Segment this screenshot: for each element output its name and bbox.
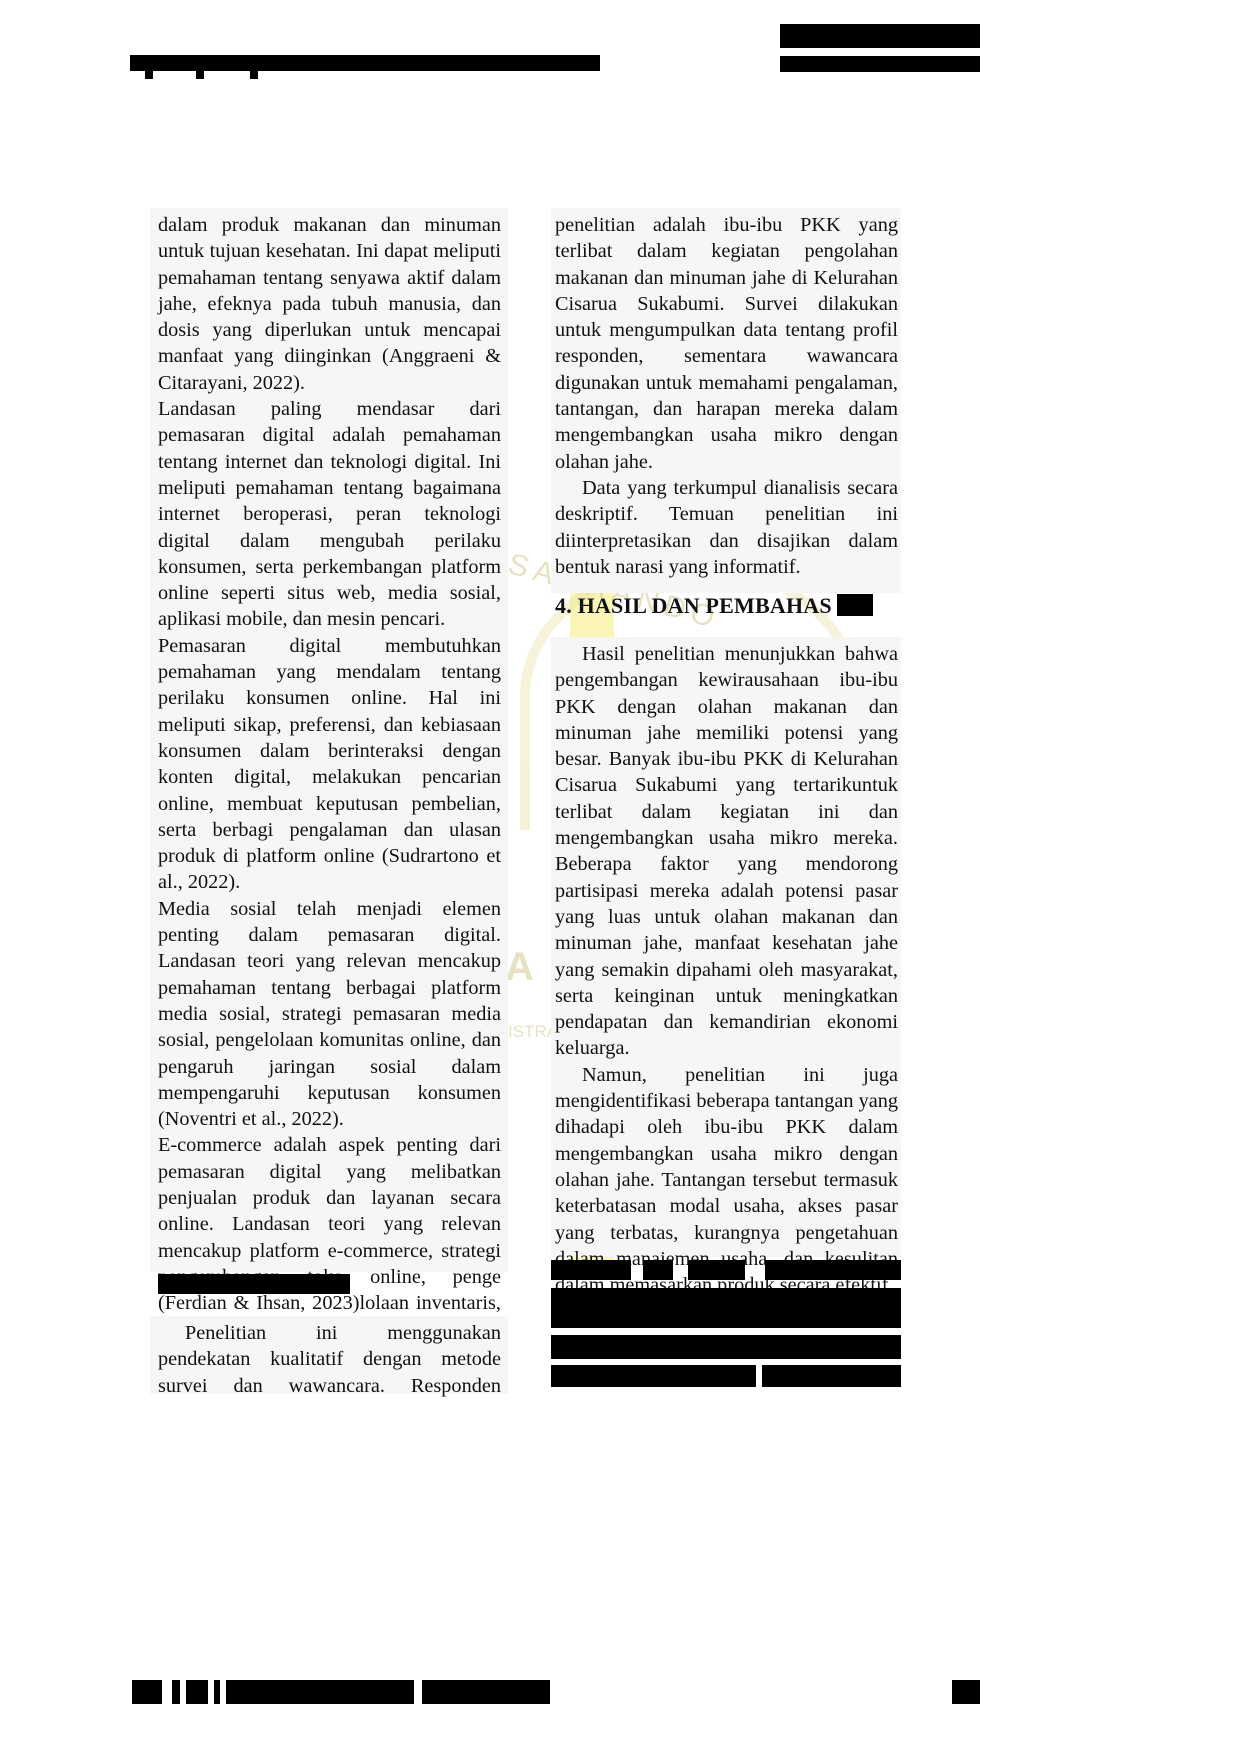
method-text: Penelitian ini menggunakan pendekatan ku… (158, 1320, 501, 1399)
paragraph: penelitian adalah ibu-ibu PKK yang terli… (555, 212, 898, 475)
method-heading-redacted (158, 1274, 350, 1294)
paragraph: Hasil penelitian menunjukkan bahwa penge… (555, 641, 898, 1062)
paragraph: Data yang terkumpul dianalisis secara de… (555, 475, 898, 580)
footer-citation-redacted (226, 1680, 414, 1704)
right-column-text-results: Hasil penelitian menunjukkan bahwa penge… (555, 641, 898, 1298)
trailing-paragraph-redacted (551, 1260, 631, 1280)
paragraph: Penelitian ini menggunakan pendekatan ku… (158, 1320, 501, 1399)
header-journal-title-redacted-tick (145, 71, 153, 79)
trailing-paragraph-redacted (765, 1260, 901, 1280)
paragraph: dalam produk makanan dan minuman untuk t… (158, 212, 501, 396)
watermark-text-middle: A (505, 945, 534, 990)
footer-citation-redacted (172, 1680, 180, 1704)
left-column-text: dalam produk makanan dan minuman untuk t… (158, 212, 501, 1369)
header-journal-info-redacted (780, 56, 980, 72)
paragraph: Landasan paling mendasar dari pemasaran … (158, 396, 501, 633)
header-journal-title-redacted-tick (250, 71, 258, 79)
paragraph: Media sosial telah menjadi elemen pentin… (158, 896, 501, 1133)
right-column-text-upper: penelitian adalah ibu-ibu PKK yang terli… (555, 212, 898, 580)
header-journal-info-redacted (780, 24, 980, 48)
trailing-paragraph-redacted (762, 1365, 901, 1387)
footer-citation-redacted (186, 1680, 208, 1704)
trailing-paragraph-redacted (551, 1335, 901, 1359)
header-journal-title-redacted-tick (196, 71, 204, 79)
footer-citation-redacted (132, 1680, 162, 1704)
trailing-paragraph-redacted (643, 1260, 673, 1280)
paragraph: Pemasaran digital membutuhkan pemahaman … (158, 633, 501, 896)
footer-citation-redacted (214, 1680, 220, 1704)
header-journal-title-redacted (130, 55, 600, 71)
trailing-paragraph-redacted (688, 1260, 745, 1280)
trailing-paragraph-redacted (551, 1288, 901, 1328)
section-heading: 4. HASIL DAN PEMBAHAS (555, 593, 832, 619)
section-heading-redacted-tail (837, 594, 873, 616)
trailing-paragraph-redacted (551, 1365, 756, 1387)
footer-page-number-redacted (952, 1680, 980, 1704)
footer-citation-redacted (422, 1680, 550, 1704)
